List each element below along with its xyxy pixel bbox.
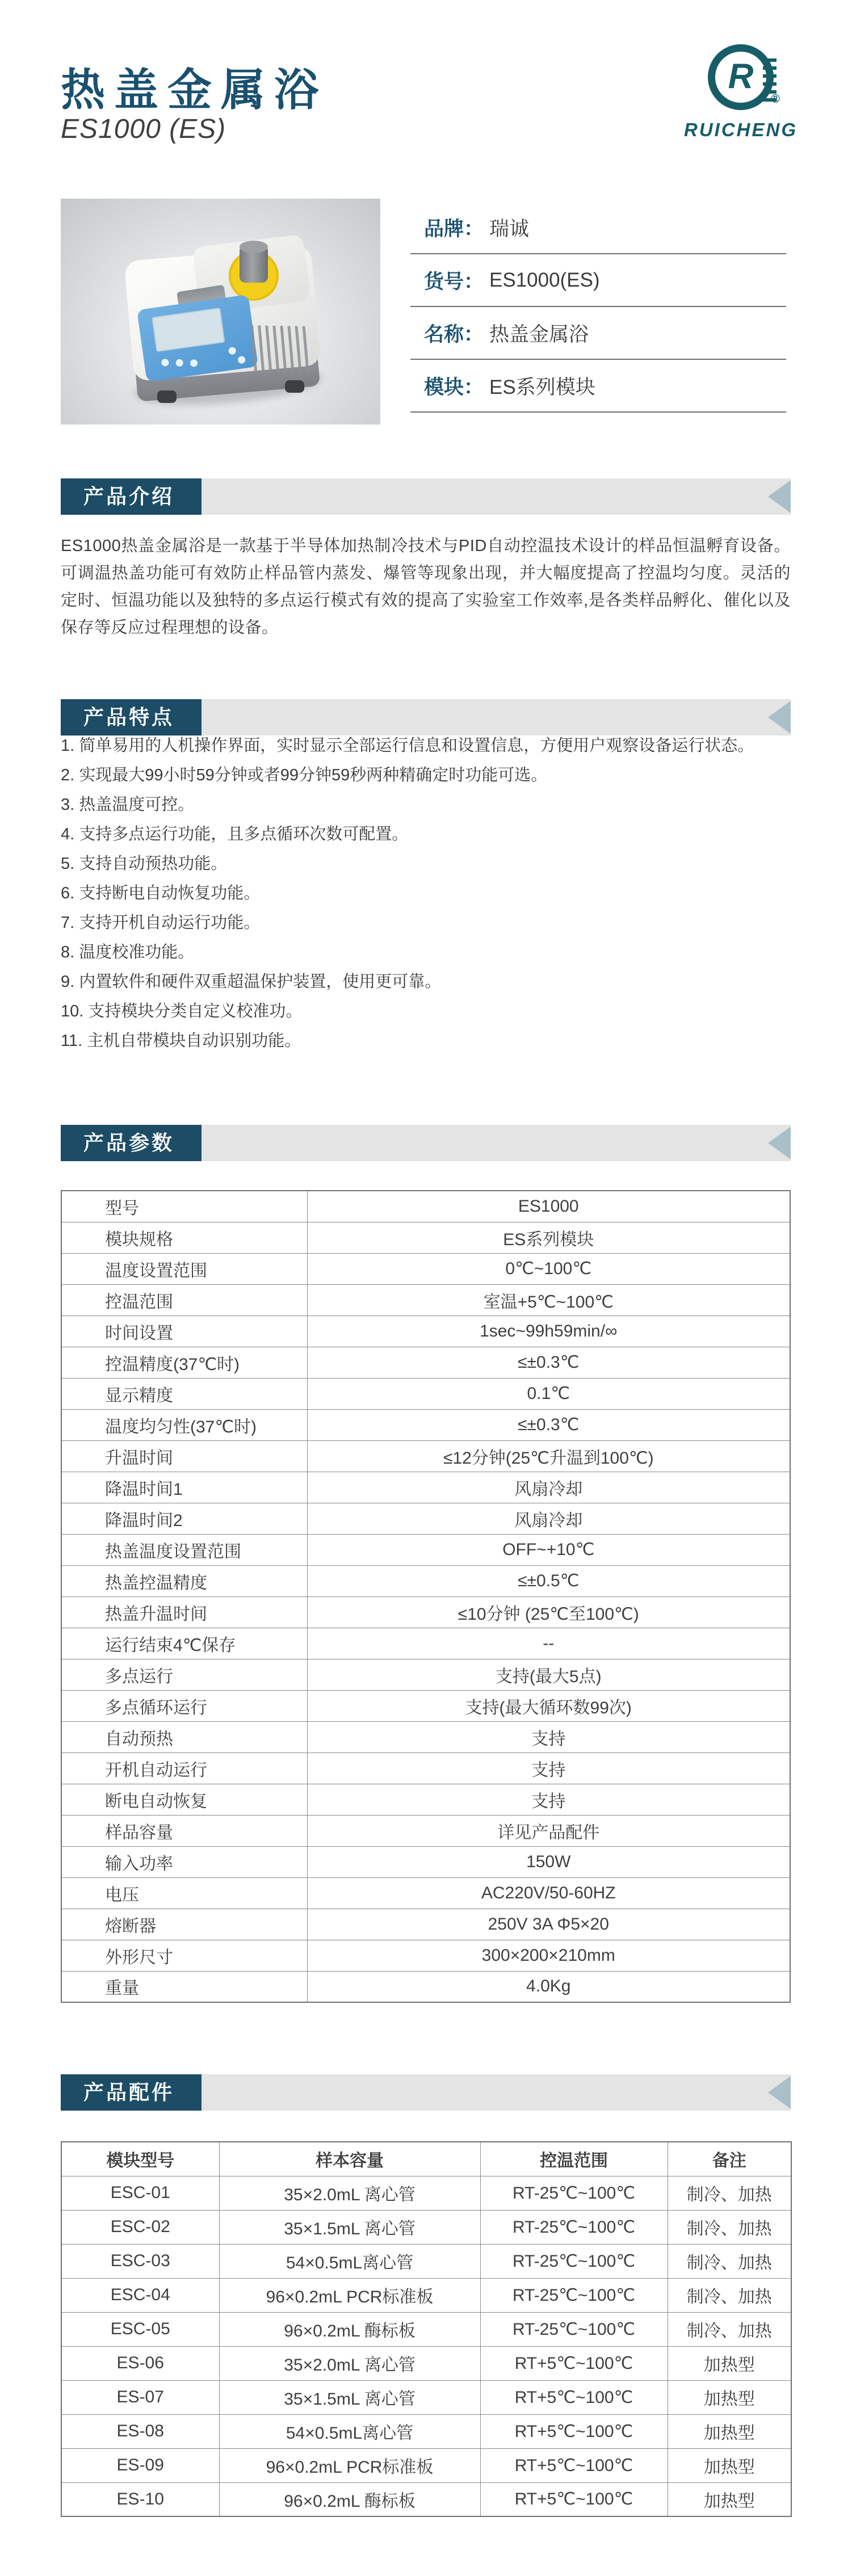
param-label: 输入功率 (61, 1846, 307, 1877)
feature-item: 6. 支持断电自动恢复功能。 (61, 885, 791, 902)
chevron-left-icon (768, 1127, 791, 1159)
accessory-model: ES-07 (61, 2380, 219, 2414)
accessory-capacity: 35×1.5mL 离心管 (219, 2380, 480, 2414)
param-value: ES1000 (307, 1191, 790, 1222)
section-bar-intro: 产品介绍 (61, 478, 791, 515)
brand-logo-icon: R ® (708, 44, 774, 110)
info-label: 名称： (424, 319, 484, 347)
param-row: 熔断器250V 3A Φ5×20 (61, 1909, 790, 1940)
param-label: 重量 (61, 1971, 307, 2002)
accessory-note: 制冷、加热 (668, 2278, 791, 2312)
device-button (190, 359, 198, 367)
param-value: OFF~+10℃ (307, 1534, 790, 1565)
device-button (228, 347, 237, 355)
param-row: 重量4.0Kg (61, 1971, 790, 2002)
param-row: 热盖控温精度≤±0.5℃ (61, 1565, 790, 1596)
feature-item: 5. 支持自动预热功能。 (61, 856, 791, 872)
param-row: 时间设置1sec~99h59min/∞ (61, 1316, 790, 1347)
param-label: 开机自动运行 (61, 1753, 307, 1784)
param-label: 型号 (61, 1191, 307, 1222)
accessory-note: 制冷、加热 (668, 2312, 791, 2346)
device-control-panel (137, 295, 258, 382)
feature-item: 10. 支持模块分类自定义校准功。 (61, 1003, 791, 1020)
param-label: 时间设置 (61, 1316, 307, 1347)
param-value: 室温+5℃~100℃ (307, 1284, 790, 1316)
accessory-note: 加热型 (668, 2414, 791, 2448)
feature-item: 8. 温度校准功能。 (61, 944, 791, 961)
accessory-model: ES-10 (61, 2482, 219, 2516)
page-subtitle: ES1000 (ES) (61, 114, 226, 145)
param-value: -- (307, 1628, 790, 1659)
param-label: 自动预热 (61, 1721, 307, 1753)
info-label: 货号： (424, 266, 484, 295)
device-foot (157, 390, 177, 403)
param-row: 温度设置范围0℃~100℃ (61, 1253, 790, 1284)
accessory-model: ESC-04 (61, 2278, 219, 2312)
param-value: 支持 (307, 1721, 790, 1753)
accessory-model: ESC-05 (61, 2312, 219, 2346)
device-vents (250, 325, 314, 374)
info-row-name: 名称： 热盖金属浴 (410, 307, 786, 360)
accessory-row: ES-0996×0.2mL PCR标准板RT+5℃~100℃加热型 (61, 2448, 791, 2482)
accessory-row: ES-0635×2.0mL 离心管RT+5℃~100℃加热型 (61, 2346, 791, 2380)
chevron-left-icon (768, 480, 791, 513)
accessory-model: ES-06 (61, 2346, 219, 2380)
section-bar-track (202, 699, 791, 736)
accessory-note: 制冷、加热 (668, 2210, 791, 2244)
param-label: 热盖升温时间 (61, 1596, 307, 1628)
accessory-note: 加热型 (668, 2346, 791, 2380)
accessory-range: RT+5℃~100℃ (480, 2482, 668, 2516)
param-value: 支持(最大循环数99次) (307, 1690, 790, 1721)
device-lcd-screen (152, 308, 225, 352)
accessory-capacity: 35×2.0mL 离心管 (219, 2346, 480, 2380)
param-value: ≤12分钟(25℃升温到100℃) (307, 1440, 790, 1472)
section-bar-features: 产品特点 (61, 699, 791, 736)
accessory-note: 加热型 (668, 2482, 791, 2516)
accessory-row: ES-0735×1.5mL 离心管RT+5℃~100℃加热型 (61, 2380, 791, 2414)
param-label: 控温范围 (61, 1284, 307, 1316)
param-row: 控温精度(37℃时)≤±0.3℃ (61, 1347, 790, 1378)
param-row: 开机自动运行支持 (61, 1753, 790, 1784)
param-label: 运行结束4℃保存 (61, 1628, 307, 1659)
device-button (161, 359, 170, 367)
accessory-note: 加热型 (668, 2448, 791, 2482)
logo-letter: R (728, 56, 754, 96)
feature-item: 3. 热盖温度可控。 (61, 797, 791, 813)
feature-item: 1. 简单易用的人机操作界面，实时显示全部运行信息和设置信息，方便用户观察设备运… (61, 738, 791, 754)
param-row: 电压AC220V/50-60HZ (61, 1877, 790, 1909)
accessories-table: 模块型号 样本容量 控温范围 备注 ESC-0135×2.0mL 离心管RT-2… (61, 2141, 792, 2517)
accessories-header-row: 模块型号 样本容量 控温范围 备注 (61, 2142, 791, 2176)
param-value: 支持 (307, 1784, 790, 1815)
param-label: 断电自动恢复 (61, 1784, 307, 1815)
accessory-note: 制冷、加热 (668, 2244, 791, 2278)
accessory-row: ESC-0354×0.5mL离心管RT-25℃~100℃制冷、加热 (61, 2244, 791, 2278)
device-foot (285, 380, 304, 393)
accessory-range: RT-25℃~100℃ (480, 2210, 668, 2244)
param-value: 风扇冷却 (307, 1503, 790, 1534)
accessory-note: 加热型 (668, 2380, 791, 2414)
param-row: 外形尺寸300×200×210mm (61, 1940, 790, 1971)
section-title-params: 产品参数 (61, 1125, 202, 1161)
accessory-capacity: 96×0.2mL PCR标准板 (219, 2278, 480, 2312)
param-label: 降温时间1 (61, 1472, 307, 1503)
col-header-note: 备注 (668, 2142, 791, 2176)
product-info-list: 品牌： 瑞诚 货号： ES1000(ES) 名称： 热盖金属浴 模块： ES系列… (410, 201, 786, 413)
col-header-range: 控温范围 (480, 2142, 668, 2176)
param-label: 显示精度 (61, 1378, 307, 1409)
param-value: ≤10分钟 (25℃至100℃) (307, 1596, 790, 1628)
param-row: 升温时间≤12分钟(25℃升温到100℃) (61, 1440, 790, 1472)
accessory-row: ES-0854×0.5mL离心管RT+5℃~100℃加热型 (61, 2414, 791, 2448)
param-value: 150W (307, 1846, 790, 1877)
feature-item: 9. 内置软件和硬件双重超温保护装置，使用更可靠。 (61, 974, 791, 990)
accessory-note: 制冷、加热 (668, 2176, 791, 2210)
info-row-brand: 品牌： 瑞诚 (410, 201, 786, 254)
info-label: 模块： (424, 372, 484, 400)
device-button (175, 359, 184, 367)
intro-paragraph: ES1000热盖金属浴是一款基于半导体加热制冷技术与PID自动控温技术设计的样品… (61, 532, 791, 641)
section-title-accessories: 产品配件 (61, 2074, 202, 2111)
param-label: 外形尺寸 (61, 1940, 307, 1971)
param-label: 电压 (61, 1877, 307, 1909)
accessory-model: ES-09 (61, 2448, 219, 2482)
param-row: 模块规格ES系列模块 (61, 1222, 790, 1253)
info-row-module: 模块： ES系列模块 (410, 360, 786, 413)
accessory-capacity: 96×0.2mL PCR标准板 (219, 2448, 480, 2482)
accessory-capacity: 35×1.5mL 离心管 (219, 2210, 480, 2244)
param-row: 降温时间1风扇冷却 (61, 1472, 790, 1503)
param-label: 多点循环运行 (61, 1690, 307, 1721)
device-button (237, 356, 246, 364)
info-row-sku: 货号： ES1000(ES) (410, 254, 786, 307)
info-value: 热盖金属浴 (489, 319, 589, 347)
col-header-model: 模块型号 (61, 2142, 219, 2176)
param-row: 多点运行支持(最大5点) (61, 1659, 790, 1690)
param-value: 0.1℃ (307, 1378, 790, 1409)
param-row: 断电自动恢复支持 (61, 1784, 790, 1815)
section-title-features: 产品特点 (61, 699, 202, 736)
param-row: 型号ES1000 (61, 1191, 790, 1222)
accessory-range: RT-25℃~100℃ (480, 2312, 668, 2346)
param-row: 降温时间2风扇冷却 (61, 1503, 790, 1534)
accessory-capacity: 96×0.2mL 酶标板 (219, 2482, 480, 2516)
accessory-range: RT-25℃~100℃ (480, 2176, 668, 2210)
accessory-capacity: 54×0.5mL离心管 (219, 2414, 480, 2448)
feature-item: 4. 支持多点运行功能，且多点循环次数可配置。 (61, 826, 791, 843)
section-bar-params: 产品参数 (61, 1125, 791, 1161)
param-label: 热盖温度设置范围 (61, 1534, 307, 1565)
feature-item: 2. 实现最大99小时59分钟或者99分钟59秒两种精确定时功能可选。 (61, 767, 791, 784)
accessory-model: ESC-03 (61, 2244, 219, 2278)
param-value: AC220V/50-60HZ (307, 1877, 790, 1909)
chevron-left-icon (768, 701, 791, 734)
accessory-capacity: 54×0.5mL离心管 (219, 2244, 480, 2278)
feature-item: 11. 主机自带模块自动识别功能。 (61, 1033, 791, 1049)
param-value: ≤±0.3℃ (307, 1347, 790, 1378)
parameters-table: 型号ES1000 模块规格ES系列模块 温度设置范围0℃~100℃ 控温范围室温… (61, 1190, 791, 2003)
param-value: 支持(最大5点) (307, 1659, 790, 1690)
param-value: ≤±0.5℃ (307, 1565, 790, 1596)
param-row: 运行结束4℃保存-- (61, 1628, 790, 1659)
param-label: 样品容量 (61, 1815, 307, 1846)
section-bar-track (202, 1125, 791, 1161)
param-label: 温度设置范围 (61, 1253, 307, 1284)
page-title: 热盖金属浴 (61, 54, 328, 118)
param-row: 控温范围室温+5℃~100℃ (61, 1284, 790, 1316)
param-value: 300×200×210mm (307, 1940, 790, 1971)
device-knob (240, 245, 268, 283)
param-row: 热盖升温时间≤10分钟 (25℃至100℃) (61, 1596, 790, 1628)
param-value: ES系列模块 (307, 1222, 790, 1253)
param-value: 250V 3A Φ5×20 (307, 1909, 790, 1940)
registered-trademark-icon: ® (771, 93, 780, 106)
info-value: ES1000(ES) (489, 269, 600, 292)
brand-wordmark: RUICHENG (675, 119, 806, 141)
section-bar-track (202, 478, 791, 515)
param-label: 模块规格 (61, 1222, 307, 1253)
feature-item: 7. 支持开机自动运行功能。 (61, 915, 791, 931)
accessory-capacity: 96×0.2mL 酶标板 (219, 2312, 480, 2346)
param-label: 热盖控温精度 (61, 1565, 307, 1596)
brand-logo: R ® RUICHENG (675, 44, 806, 141)
section-title-intro: 产品介绍 (61, 478, 202, 515)
accessory-row: ESC-0135×2.0mL 离心管RT-25℃~100℃制冷、加热 (61, 2176, 791, 2210)
accessory-capacity: 35×2.0mL 离心管 (219, 2176, 480, 2210)
param-label: 降温时间2 (61, 1503, 307, 1534)
param-row: 样品容量详见产品配件 (61, 1815, 790, 1846)
accessory-range: RT-25℃~100℃ (480, 2244, 668, 2278)
param-label: 控温精度(37℃时) (61, 1347, 307, 1378)
param-row: 温度均匀性(37℃时)≤±0.3℃ (61, 1409, 790, 1440)
feature-list: 1. 简单易用的人机操作界面，实时显示全部运行信息和设置信息，方便用户观察设备运… (61, 738, 791, 1062)
section-bar-track (202, 2074, 791, 2111)
accessory-row: ESC-0235×1.5mL 离心管RT-25℃~100℃制冷、加热 (61, 2210, 791, 2244)
accessory-range: RT+5℃~100℃ (480, 2346, 668, 2380)
param-row: 自动预热支持 (61, 1721, 790, 1753)
param-value: 4.0Kg (307, 1971, 790, 2002)
param-label: 熔断器 (61, 1909, 307, 1940)
param-value: ≤±0.3℃ (307, 1409, 790, 1440)
param-label: 温度均匀性(37℃时) (61, 1409, 307, 1440)
product-photo (61, 199, 380, 425)
accessory-model: ESC-02 (61, 2210, 219, 2244)
param-label: 多点运行 (61, 1659, 307, 1690)
info-label: 品牌： (424, 213, 484, 242)
param-value: 支持 (307, 1753, 790, 1784)
param-label: 升温时间 (61, 1440, 307, 1472)
accessory-model: ES-08 (61, 2414, 219, 2448)
info-value: ES系列模块 (489, 372, 595, 400)
param-value: 0℃~100℃ (307, 1253, 790, 1284)
info-value: 瑞诚 (489, 213, 529, 242)
param-value: 风扇冷却 (307, 1472, 790, 1503)
chevron-left-icon (768, 2076, 791, 2109)
param-row: 显示精度0.1℃ (61, 1378, 790, 1409)
param-row: 多点循环运行支持(最大循环数99次) (61, 1690, 790, 1721)
accessory-range: RT+5℃~100℃ (480, 2380, 668, 2414)
accessory-model: ESC-01 (61, 2176, 219, 2210)
param-row: 输入功率150W (61, 1846, 790, 1877)
accessory-row: ES-1096×0.2mL 酶标板RT+5℃~100℃加热型 (61, 2482, 791, 2516)
accessory-row: ESC-0596×0.2mL 酶标板RT-25℃~100℃制冷、加热 (61, 2312, 791, 2346)
col-header-capacity: 样本容量 (219, 2142, 480, 2176)
accessory-row: ESC-0496×0.2mL PCR标准板RT-25℃~100℃制冷、加热 (61, 2278, 791, 2312)
accessory-range: RT-25℃~100℃ (480, 2278, 668, 2312)
param-value: 1sec~99h59min/∞ (307, 1316, 790, 1347)
accessory-range: RT+5℃~100℃ (480, 2414, 668, 2448)
accessory-range: RT+5℃~100℃ (480, 2448, 668, 2482)
param-value: 详见产品配件 (307, 1815, 790, 1846)
section-bar-accessories: 产品配件 (61, 2074, 791, 2111)
param-row: 热盖温度设置范围OFF~+10℃ (61, 1534, 790, 1565)
